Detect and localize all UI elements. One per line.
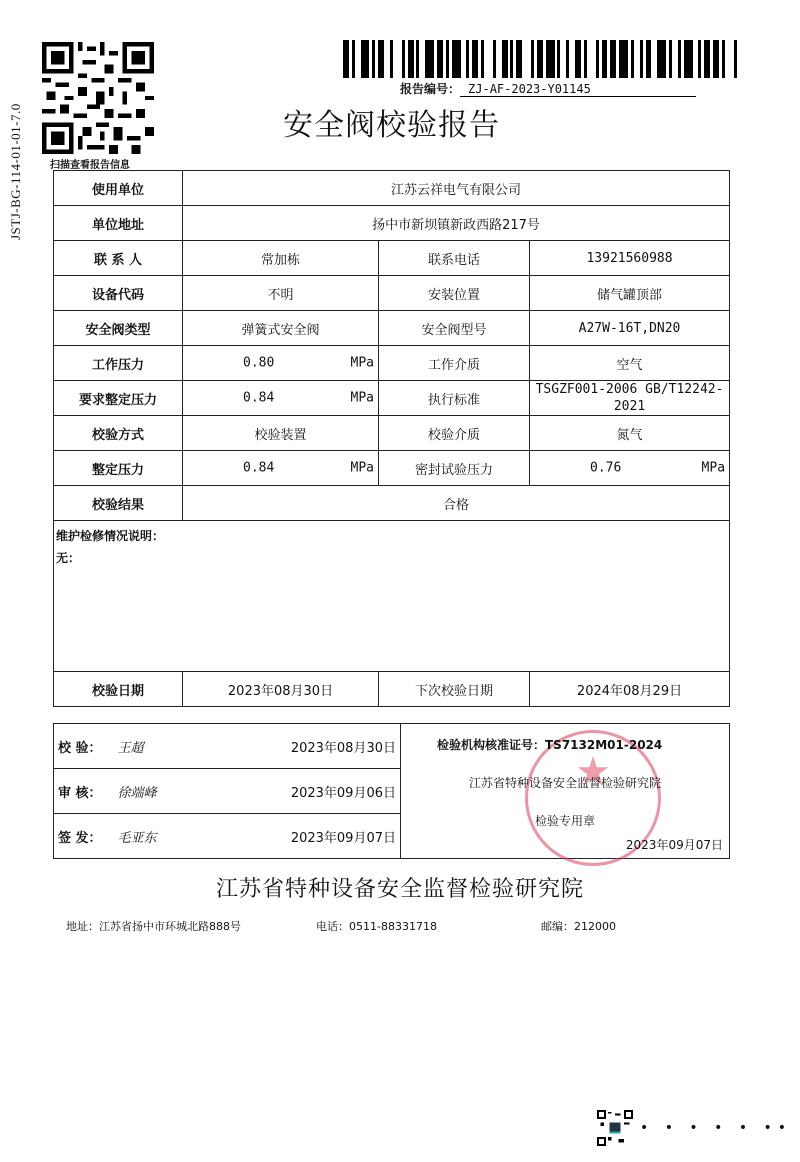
scanner-watermark: • • • • • •• bbox=[640, 1120, 792, 1136]
contact-phone-value: 13921560988 bbox=[530, 241, 730, 276]
issue-signature: 毛亚东 bbox=[114, 814, 204, 859]
scanner-qr-icon bbox=[595, 1110, 635, 1146]
contact-person-value: 常加栋 bbox=[183, 241, 379, 276]
contact-phone-label: 联系电话 bbox=[379, 241, 530, 276]
table-row: 校验方式 校验装置 校验介质 氮气 bbox=[54, 416, 730, 451]
result-value: 合格 bbox=[183, 486, 730, 521]
table-row: 单位地址 扬中市新坝镇新政西路217号 bbox=[54, 206, 730, 241]
working-pressure-cell: 0.80 MPa bbox=[183, 346, 379, 381]
valve-type-label: 安全阀类型 bbox=[54, 311, 183, 346]
footer: 地址：江苏省扬中市环城北路888号 电话：0511-88331718 邮编：21… bbox=[66, 918, 616, 934]
review-date: 2023年09月06日 bbox=[204, 769, 401, 814]
approval-cert: 检验机构核准证号：TS7132M01-2024 bbox=[437, 736, 662, 753]
report-table: 使用单位 江苏云祥电气有限公司 单位地址 扬中市新坝镇新政西路217号 联 系 … bbox=[53, 170, 730, 707]
standard-value: TSGZF001-2006 GB/T12242-2021 bbox=[530, 381, 730, 416]
test-medium-label: 校验介质 bbox=[379, 416, 530, 451]
standard-label: 执行标准 bbox=[379, 381, 530, 416]
required-set-pressure-unit: MPa bbox=[351, 391, 374, 406]
table-row: 整定压力 0.84 MPa 密封试验压力 0.76 MPa bbox=[54, 451, 730, 486]
install-location-value: 储气罐顶部 bbox=[530, 276, 730, 311]
unit-address-label: 单位地址 bbox=[54, 206, 183, 241]
valve-model-label: 安全阀型号 bbox=[379, 311, 530, 346]
seal-test-pressure-value: 0.76 bbox=[590, 461, 621, 476]
inspect-label: 校 验： bbox=[54, 724, 114, 769]
user-unit-label: 使用单位 bbox=[54, 171, 183, 206]
table-row: 使用单位 江苏云祥电气有限公司 bbox=[54, 171, 730, 206]
next-test-date-value: 2024年08月29日 bbox=[530, 672, 730, 707]
issue-date: 2023年09月07日 bbox=[204, 814, 401, 859]
seal-test-pressure-unit: MPa bbox=[702, 461, 725, 476]
signoff-row: 校 验： 王超 2023年08月30日 ★ 检验机构核准证号：TS7132M01… bbox=[54, 724, 730, 769]
equipment-code-label: 设备代码 bbox=[54, 276, 183, 311]
table-row: 校验日期 2023年08月30日 下次校验日期 2024年08月29日 bbox=[54, 672, 730, 707]
test-date-value: 2023年08月30日 bbox=[183, 672, 379, 707]
test-method-value: 校验装置 bbox=[183, 416, 379, 451]
qr-code-icon[interactable] bbox=[42, 42, 154, 154]
inspect-date: 2023年08月30日 bbox=[204, 724, 401, 769]
report-number-value: ZJ-AF-2023-Y01145 bbox=[460, 82, 696, 97]
barcode bbox=[343, 40, 743, 78]
organization-name: 江苏省特种设备安全监督检验研究院 bbox=[0, 872, 800, 903]
seal-date: 2023年09月07日 bbox=[626, 836, 723, 853]
footer-phone: 电话：0511-88331718 bbox=[316, 918, 541, 934]
table-row: 安全阀类型 弹簧式安全阀 安全阀型号 A27W-16T,DN20 bbox=[54, 311, 730, 346]
install-location-label: 安装位置 bbox=[379, 276, 530, 311]
page-title: 安全阀校验报告 bbox=[283, 100, 500, 144]
seal-test-pressure-label: 密封试验压力 bbox=[379, 451, 530, 486]
remarks-label: 维护检修情况说明： bbox=[56, 525, 727, 547]
working-pressure-unit: MPa bbox=[351, 356, 374, 371]
signoff-table: 校 验： 王超 2023年08月30日 ★ 检验机构核准证号：TS7132M01… bbox=[53, 723, 730, 859]
valve-type-value: 弹簧式安全阀 bbox=[183, 311, 379, 346]
test-date-label: 校验日期 bbox=[54, 672, 183, 707]
seal-label: 检验专用章 bbox=[401, 812, 729, 829]
table-row: 校验结果 合格 bbox=[54, 486, 730, 521]
table-row: 要求整定压力 0.84 MPa 执行标准 TSGZF001-2006 GB/T1… bbox=[54, 381, 730, 416]
working-medium-label: 工作介质 bbox=[379, 346, 530, 381]
working-pressure-value: 0.80 bbox=[243, 356, 274, 371]
working-pressure-label: 工作压力 bbox=[54, 346, 183, 381]
required-set-pressure-cell: 0.84 MPa bbox=[183, 381, 379, 416]
review-signature: 徐端峰 bbox=[114, 769, 204, 814]
result-label: 校验结果 bbox=[54, 486, 183, 521]
required-set-pressure-label: 要求整定压力 bbox=[54, 381, 183, 416]
inspect-signature: 王超 bbox=[114, 724, 204, 769]
set-pressure-label: 整定压力 bbox=[54, 451, 183, 486]
next-test-date-label: 下次校验日期 bbox=[379, 672, 530, 707]
approval-cell: ★ 检验机构核准证号：TS7132M01-2024 江苏省特种设备安全监督检验研… bbox=[401, 724, 730, 859]
remarks-value: 无： bbox=[56, 547, 727, 569]
form-code: JSTJ-BG-114-01-01-7.0 bbox=[8, 103, 24, 240]
test-medium-value: 氮气 bbox=[530, 416, 730, 451]
set-pressure-value: 0.84 bbox=[243, 461, 274, 476]
review-label: 审 核： bbox=[54, 769, 114, 814]
table-row: 工作压力 0.80 MPa 工作介质 空气 bbox=[54, 346, 730, 381]
remarks-cell: 维护检修情况说明： 无： bbox=[54, 521, 730, 672]
valve-model-value: A27W-16T,DN20 bbox=[530, 311, 730, 346]
user-unit-value: 江苏云祥电气有限公司 bbox=[183, 171, 730, 206]
issue-label: 签 发： bbox=[54, 814, 114, 859]
report-number-label: 报告编号： bbox=[400, 82, 460, 96]
set-pressure-unit: MPa bbox=[351, 461, 374, 476]
test-method-label: 校验方式 bbox=[54, 416, 183, 451]
contact-person-label: 联 系 人 bbox=[54, 241, 183, 276]
seal-test-pressure-cell: 0.76 MPa bbox=[530, 451, 730, 486]
equipment-code-value: 不明 bbox=[183, 276, 379, 311]
table-row: 设备代码 不明 安装位置 储气罐顶部 bbox=[54, 276, 730, 311]
set-pressure-cell: 0.84 MPa bbox=[183, 451, 379, 486]
footer-postcode: 邮编：212000 bbox=[541, 918, 616, 934]
footer-address: 地址：江苏省扬中市环城北路888号 bbox=[66, 918, 316, 934]
report-number: 报告编号：ZJ-AF-2023-Y01145 bbox=[400, 80, 696, 97]
approval-institute: 江苏省特种设备安全监督检验研究院 bbox=[401, 774, 729, 791]
table-row: 维护检修情况说明： 无： bbox=[54, 521, 730, 672]
required-set-pressure-value: 0.84 bbox=[243, 391, 274, 406]
qr-caption: 扫描查看报告信息 bbox=[50, 156, 130, 171]
working-medium-value: 空气 bbox=[530, 346, 730, 381]
unit-address-value: 扬中市新坝镇新政西路217号 bbox=[183, 206, 730, 241]
table-row: 联 系 人 常加栋 联系电话 13921560988 bbox=[54, 241, 730, 276]
